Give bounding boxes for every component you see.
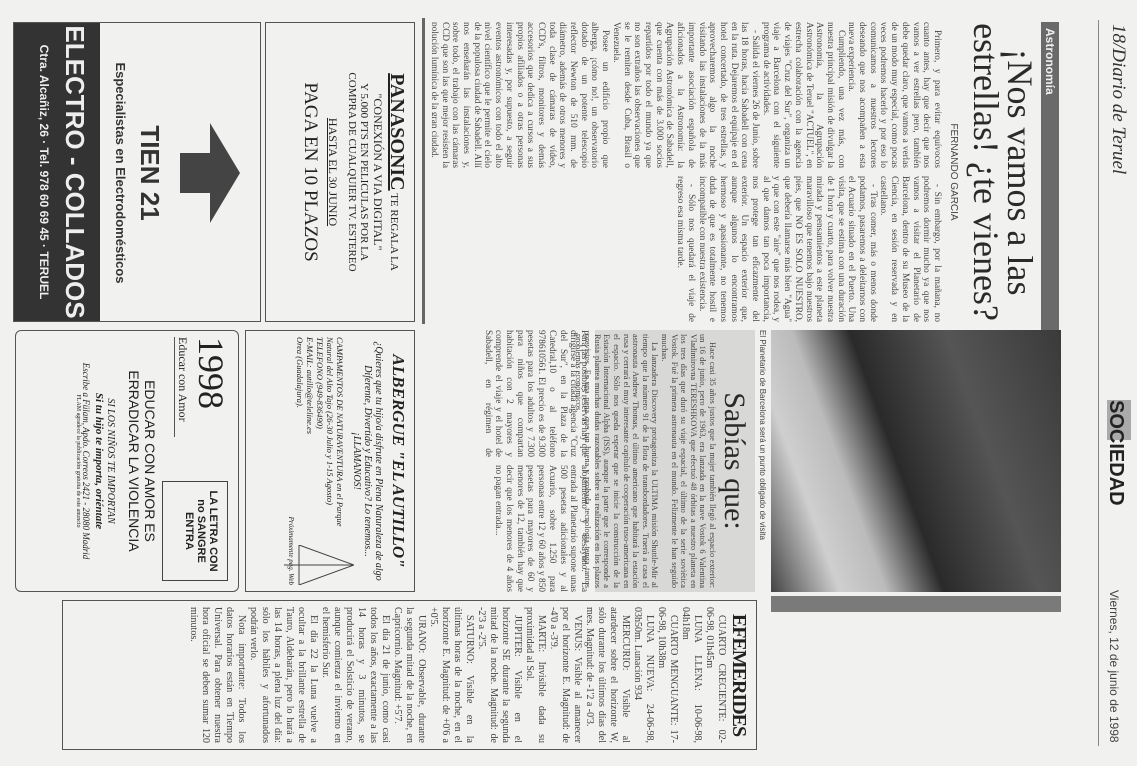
article-column-1: Primero, y para evitar equívocos cuanto … xyxy=(432,22,942,168)
campaign-slogan: EDUCAR CON AMOR ES ERRADICAR LA VIOLENCI… xyxy=(126,337,158,585)
issue-date: Viernes, 12 de junio de 1998 xyxy=(1107,590,1121,743)
electro-name: ELECTRO - COLLADOS xyxy=(59,23,100,321)
panasonic-line: HASTA EL 30 JUNIO xyxy=(325,29,340,315)
sabias-que-title: Sabías que: xyxy=(717,334,751,588)
efemerides-item: MARTE: Invisible dada su proximidad al S… xyxy=(523,607,547,743)
panasonic-ad: PANASONIC TE REGALA LA "CONEXIÓN A VIA D… xyxy=(265,22,415,322)
section-tag: Astronomía xyxy=(1041,22,1059,330)
article-paragraph: - Sin embargo, por la mañana, no podremo… xyxy=(878,176,942,322)
campaign-contact: Escribe a Fülam, Apdo. Correos 2421 - 28… xyxy=(81,337,91,585)
panasonic-line: TE REGALA LA xyxy=(388,193,400,271)
efemerides-item: Nota importante: Todos los datos horario… xyxy=(187,607,247,743)
ad-divider xyxy=(422,18,425,324)
efemerides-item: URANO: Observable, durante la segunda mi… xyxy=(391,607,427,743)
efemerides-item: El día 21 de junio, como casi todos los … xyxy=(319,607,391,743)
albergue-title: ALBERGUE "EL AUTILLO" xyxy=(388,337,408,585)
article-paragraph: - Tras comer, más o menos donde podamos,… xyxy=(696,176,878,322)
campaign-ad: 1998 Educar con Amor LA LETRA CON no SAN… xyxy=(15,330,239,592)
article-column-2: - Sin embargo, por la mañana, no podremo… xyxy=(432,176,942,322)
reservations-text: Para las posibles reservas hay que dirig… xyxy=(439,330,589,592)
sabias-paragraph: Hace casi 35 años justos que la mujer ta… xyxy=(659,334,717,588)
article-paragraph: Cumpliendo, una vez más, con nuestra pri… xyxy=(760,22,846,168)
photo-caption: El Planetario de Barcelona será un punto… xyxy=(758,330,767,592)
albergue-body: ¿Quieres que tu hijo/a disfrute en Plena… xyxy=(351,337,384,585)
newspaper-page: 18/Diario de Teruel SOCIEDAD Viernes, 12… xyxy=(0,0,1137,766)
article-paragraph: - Sólo nos quedará el viaje de regreso e… xyxy=(674,176,695,322)
efemerides-item: El día 22 la Luna vuelve a ocultar a la … xyxy=(247,607,319,743)
efemerides-item: LUNA LLENA: 10-06-98, 04h18m xyxy=(679,607,703,743)
campaign-line: Si tu hijo te importa, oriéntate xyxy=(93,337,105,585)
telescope-photo xyxy=(771,330,1061,592)
headline: ¡Nos vamos a las estrellas! ¿te vienes? xyxy=(969,22,1037,322)
article-paragraph: Posee un edificio propio que alberga, ¡c… xyxy=(432,22,610,168)
efemerides-item: MERCURIO: Visible al atardecer sobre el … xyxy=(583,607,631,743)
efemerides-item: LUNA NUEVA: 24-06-98, 03h50m. Lunación 9… xyxy=(631,607,655,743)
electro-name-banner: ELECTRO - COLLADOS Ctra. Alcañiz, 26 · T… xyxy=(14,23,100,321)
campaign-stamp: LA LETRA CON no SANGRE ENTRA xyxy=(162,481,228,581)
byline: FERNANDO GARCIA xyxy=(948,22,959,322)
efemerides-item: CUARTO CRECIENTE: 02-06-98, 01h45m xyxy=(703,607,727,743)
decorative-bar xyxy=(771,596,1061,612)
campaign-subtitle: Educar con Amor xyxy=(174,337,190,437)
efemerides-box: EFEMERIDES CUARTO CRECIENTE: 02-06-98, 0… xyxy=(62,600,757,750)
efemerides-list: CUARTO CRECIENTE: 02-06-98, 01h45m LUNA … xyxy=(187,607,727,743)
newspaper-page-title: 18/Diario de Teruel xyxy=(1107,24,1129,174)
campaign-line: SI LOS NIÑOS TE IMPORTAN xyxy=(105,337,116,585)
efemerides-item: JUPITER: Visible en el horizonte SE dura… xyxy=(475,607,523,743)
article-paragraph: Primero, y para evitar equívocos cuanto … xyxy=(846,22,942,168)
panasonic-line: Y 5.000 PTS EN PELICULAS POR LA xyxy=(358,29,370,315)
panasonic-line: "CONEXIÓN A VIA DIGITAL" xyxy=(370,29,385,315)
tien21-logo: TIEN 21 xyxy=(134,33,165,313)
efemerides-title: EFEMERIDES xyxy=(727,607,750,743)
panasonic-line: COMPRA DE CUALQUIER TV. ESTEREO xyxy=(346,29,358,315)
tree-icon xyxy=(279,545,354,585)
header-divider xyxy=(1098,20,1099,746)
section-label: SOCIEDAD xyxy=(1104,400,1127,506)
albergue-camp: CAMPAMENTOS DE NATURAVENTURA en el Parqu… xyxy=(325,337,345,537)
albergue-ad: ALBERGUE "EL AUTILLO" ¿Quieres que tu hi… xyxy=(245,330,415,592)
electro-address: Ctra. Alcañiz, 26 · Tel. 978 60 69 45 · … xyxy=(37,23,51,321)
arrow-icon xyxy=(180,123,240,223)
panasonic-brand: PANASONIC xyxy=(386,73,408,190)
electro-collados-ad: TIEN 21 Especialistas en Electrodoméstic… xyxy=(13,22,261,322)
article-paragraph: - Salida el viernes 26 de Junio, sobre l… xyxy=(610,22,760,168)
efemerides-item: VENUS: Visible al amanecer por el horizo… xyxy=(547,607,583,743)
sabias-que-body: Hace casi 35 años justos que la mujer ta… xyxy=(573,334,717,588)
efemerides-item: CUARTO MENGUANTE: 17-06-98, 10h38m xyxy=(655,607,679,743)
electro-tagline: Especialistas en Electrodomésticos xyxy=(113,33,128,313)
sabias-que-box: Sabías que: Hace casi 35 años justos que… xyxy=(595,330,755,592)
efemerides-item: SATURNO: Visible en la últimas horas de … xyxy=(427,607,475,743)
panasonic-headline: PAGA EN 10 PLAZOS xyxy=(299,29,321,315)
